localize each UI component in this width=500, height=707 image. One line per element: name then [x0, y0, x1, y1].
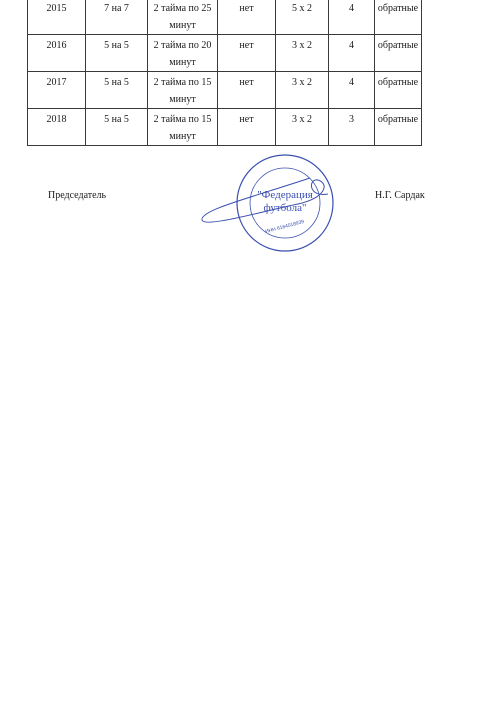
col6-cell: 4: [329, 72, 375, 109]
col6-cell: 4: [329, 0, 375, 35]
table-row: 2016 5 на 5 2 тайма по 20 минут нет 3 х …: [28, 35, 422, 72]
year-cell: 2016: [28, 35, 86, 72]
duration-cell: 2 тайма по 15 минут: [148, 72, 218, 109]
col7-cell: обратные: [375, 72, 422, 109]
col4-cell: нет: [218, 0, 276, 35]
format-cell: 5 на 5: [86, 72, 148, 109]
duration-cell: 2 тайма по 15 минут: [148, 109, 218, 146]
col4-cell: нет: [218, 109, 276, 146]
year-cell: 2015: [28, 0, 86, 35]
table-row: 2017 5 на 5 2 тайма по 15 минут нет 3 х …: [28, 72, 422, 109]
col7-cell: обратные: [375, 35, 422, 72]
tournament-format-table: 2015 7 на 7 2 тайма по 25 минут нет 5 х …: [27, 0, 422, 146]
col6-cell: 4: [329, 35, 375, 72]
format-cell: 5 на 5: [86, 35, 148, 72]
col5-cell: 5 х 2: [276, 0, 329, 35]
duration-cell: 2 тайма по 20 минут: [148, 35, 218, 72]
stamp-inn: ИНН 6164018939: [265, 219, 305, 235]
col4-cell: нет: [218, 72, 276, 109]
organization-stamp: "Федерация футбола" ИНН 6164018939: [190, 148, 350, 268]
year-cell: 2018: [28, 109, 86, 146]
chairman-name: Н.Г. Сардак: [375, 190, 425, 201]
col4-cell: нет: [218, 35, 276, 72]
format-cell: 5 на 5: [86, 109, 148, 146]
duration-cell: 2 тайма по 25 минут: [148, 0, 218, 35]
col7-cell: обратные: [375, 0, 422, 35]
chairman-label: Председатель: [48, 190, 106, 201]
year-cell: 2017: [28, 72, 86, 109]
col6-cell: 3: [329, 109, 375, 146]
col5-cell: 3 х 2: [276, 72, 329, 109]
col7-cell: обратные: [375, 109, 422, 146]
format-cell: 7 на 7: [86, 0, 148, 35]
table-row: 2015 7 на 7 2 тайма по 25 минут нет 5 х …: [28, 0, 422, 35]
stamp-title-2: футбола": [264, 202, 307, 214]
col5-cell: 3 х 2: [276, 109, 329, 146]
table-row: 2018 5 на 5 2 тайма по 15 минут нет 3 х …: [28, 109, 422, 146]
stamp-title-1: "Федерация: [257, 189, 313, 201]
col5-cell: 3 х 2: [276, 35, 329, 72]
